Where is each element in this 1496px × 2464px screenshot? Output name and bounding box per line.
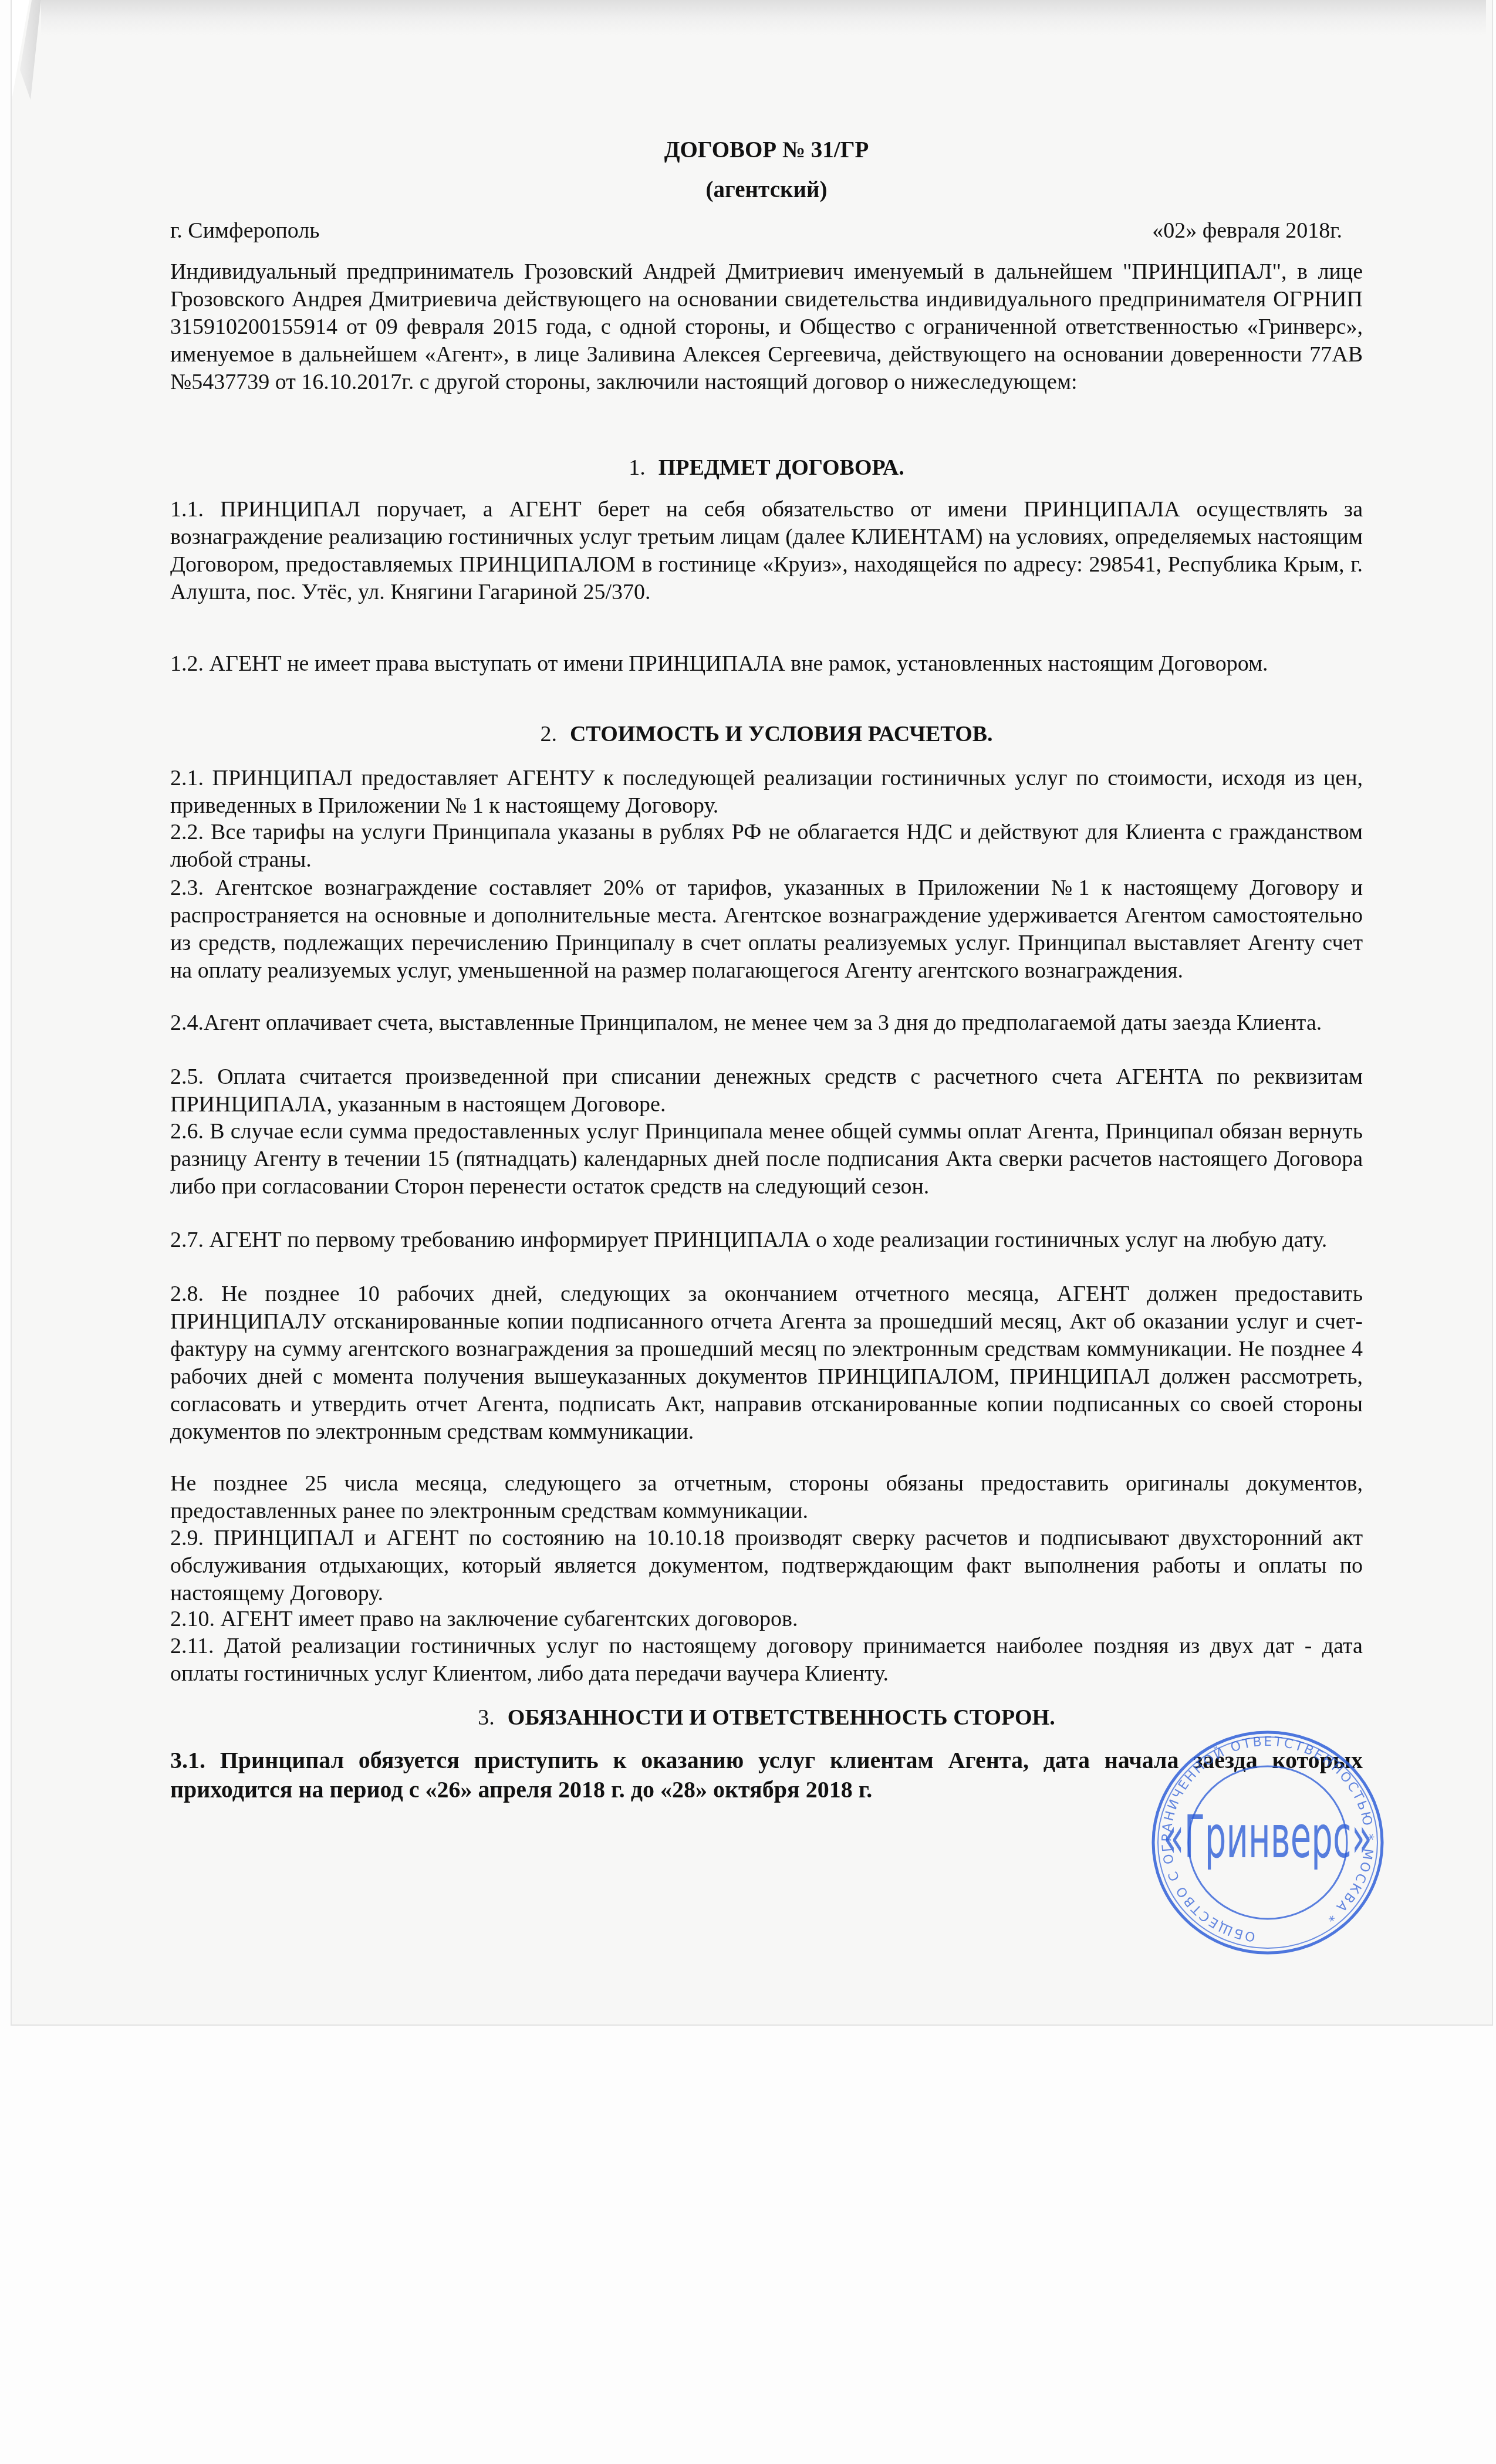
place-date-row: г. Симферополь «02» февраля 2018г.: [170, 217, 1363, 245]
section-title: СТОИМОСТЬ И УСЛОВИЯ РАСЧЕТОВ.: [570, 722, 993, 746]
scan-shadow: [41, 0, 1486, 35]
section-3-heading: 3.ОБЯЗАННОСТИ И ОТВЕТСТВЕННОСТЬ СТОРОН.: [170, 1704, 1363, 1732]
clause-2-8: 2.8. Не позднее 10 рабочих дней, следующ…: [170, 1280, 1363, 1446]
clause-1-1: 1.1. ПРИНЦИПАЛ поручает, а АГЕНТ берет н…: [170, 496, 1363, 606]
section-2-heading: 2.СТОИМОСТЬ И УСЛОВИЯ РАСЧЕТОВ.: [170, 721, 1363, 748]
clause-2-8-originals: Не позднее 25 числа месяца, следующего з…: [170, 1470, 1363, 1525]
section-1-heading: 1.ПРЕДМЕТ ДОГОВОРА.: [170, 454, 1363, 482]
clause-2-9: 2.9. ПРИНЦИПАЛ и АГЕНТ по состоянию на 1…: [170, 1525, 1363, 1607]
clause-2-11: 2.11. Датой реализации гостиничных услуг…: [170, 1632, 1363, 1688]
document-subtitle: (агентский): [170, 176, 1363, 204]
section-number: 3.: [478, 1705, 495, 1730]
clause-2-10: 2.10. АГЕНТ имеет право на заключение су…: [170, 1606, 1363, 1633]
clause-3-1: 3.1. Принципал обязуется приступить к ок…: [170, 1746, 1363, 1804]
section-title: ПРЕДМЕТ ДОГОВОРА.: [658, 455, 904, 480]
city: г. Симферополь: [170, 217, 320, 245]
contract-date: «02» февраля 2018г.: [1152, 217, 1363, 245]
section-number: 1.: [629, 455, 646, 480]
clause-2-5: 2.5. Оплата считается произведенной при …: [170, 1063, 1363, 1118]
clause-2-3: 2.3. Агентское вознаграждение составляет…: [170, 874, 1363, 985]
preamble: Индивидуальный предприниматель Грозовски…: [170, 258, 1363, 396]
section-number: 2.: [540, 722, 557, 746]
clause-2-2: 2.2. Все тарифы на услуги Принципала ука…: [170, 819, 1363, 874]
clause-2-4: 2.4.Агент оплачивает счета, выставленные…: [170, 1009, 1363, 1037]
clause-2-6: 2.6. В случае если сумма предоставленных…: [170, 1118, 1363, 1201]
clause-2-1: 2.1. ПРИНЦИПАЛ предоставляет АГЕНТУ к по…: [170, 765, 1363, 820]
document-title: ДОГОВОР № 31/ГР: [170, 136, 1363, 164]
section-title: ОБЯЗАННОСТИ И ОТВЕТСТВЕННОСТЬ СТОРОН.: [508, 1705, 1055, 1730]
clause-1-2: 1.2. АГЕНТ не имеет права выступать от и…: [170, 650, 1363, 678]
clause-2-7: 2.7. АГЕНТ по первому требованию информи…: [170, 1226, 1363, 1254]
